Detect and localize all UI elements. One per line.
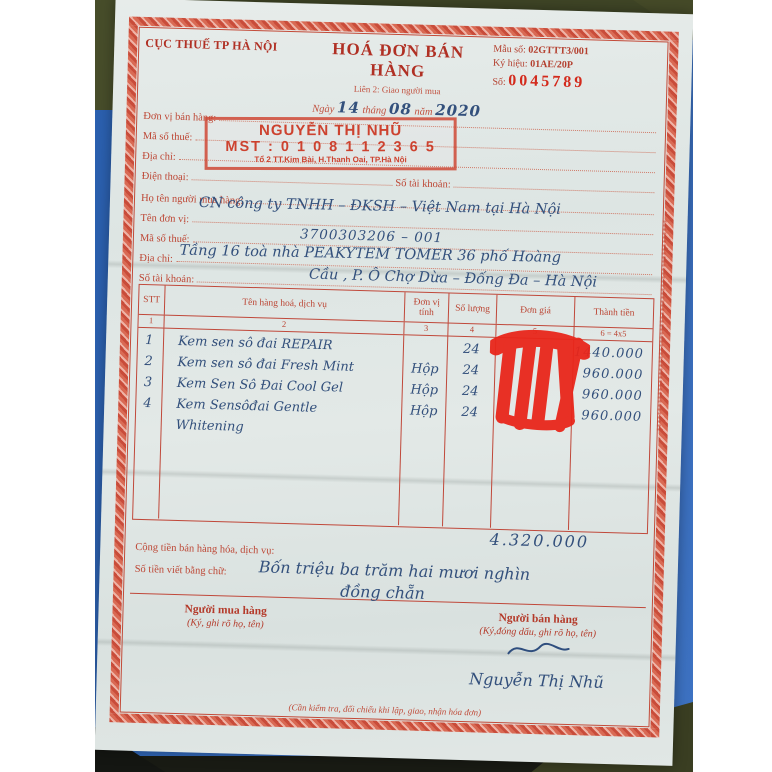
serial-number: 0045789 — [508, 72, 585, 91]
form-number-value: 02GTTT3/001 — [528, 45, 589, 58]
invoice-content: CỤC THUẾ TP HÀ NỘI HOÁ ĐƠN BÁN HÀNG Liên… — [127, 30, 662, 724]
col-number: 1 — [138, 315, 164, 328]
item-amount: 1440.000 — [574, 343, 663, 366]
symbol-line: Ký hiệu: 01AE/20P — [493, 58, 661, 74]
stamp-address: Tổ 2 TT.Kim Bài, H.Thanh Oai, TP.Hà Nội — [212, 155, 450, 164]
amount-in-words-label: Số tiền viết bằng chữ: — [135, 564, 227, 578]
symbol-label: Ký hiệu: — [493, 58, 528, 70]
seller-account-label: Số tài khoản: — [395, 178, 451, 191]
serial-line: Số: 0045789 — [492, 72, 660, 95]
item-qty: 24 — [447, 360, 495, 382]
buyer-address-label: Địa chỉ: — [139, 253, 173, 265]
buyer-signature-block: Người mua hàng (Ký, ghi rõ họ, tên) — [182, 603, 267, 705]
unit-price-column — [491, 338, 574, 530]
col-number: 6 = 4x5 — [574, 327, 652, 341]
item-qty: 24 — [446, 402, 494, 424]
totals-section: Cộng tiền bán hàng hóa, dịch vụ: Số tiền… — [130, 520, 648, 608]
handwritten-amount-in-words-line1: Bốn triệu ba trăm hai mươi nghìn — [259, 557, 531, 584]
item-name-column: Kem sen sô đai REPAIR Kem sen sô đai Fre… — [159, 329, 404, 526]
symbol-value: 01AE/20P — [530, 59, 573, 71]
seller-signature-block: Người bán hàng (Ký,đóng dấu, ghi rõ họ, … — [468, 611, 605, 715]
item-unit — [404, 338, 448, 360]
form-number-line: Mẫu số: 02GTTT3/001 — [493, 44, 661, 60]
items-table: STT Tên hàng hoá, dịch vụ Đơn vị tính Số… — [132, 284, 654, 534]
table-body: 1 2 3 4 Kem sen sô đai REPAIR Kem sen sô… — [133, 328, 652, 532]
ornate-red-border: CỤC THUẾ TP HÀ NỘI HOÁ ĐƠN BÁN HÀNG Liên… — [109, 16, 678, 737]
copy-note: Liên 2: Giao người mua — [302, 82, 492, 97]
dotted-line — [454, 176, 655, 194]
signature-section: Người mua hàng (Ký, ghi rõ họ, tên) Ngườ… — [127, 594, 646, 716]
item-unit: Hộp — [402, 401, 446, 423]
col-header-price: Đơn giá — [497, 295, 576, 326]
seller-tax-label: Mã số thuế: — [143, 131, 193, 143]
seller-red-stamp: NGUYỄN THỊ NHŨ MST : 0 1 0 8 1 1 2 3 6 5… — [205, 117, 457, 170]
item-amount: 960.000 — [572, 385, 661, 408]
row-stt: 4 — [136, 394, 162, 416]
form-number-label: Mẫu số: — [493, 44, 526, 56]
item-amount: 960.000 — [572, 406, 661, 429]
seller-signature-title: Người bán hàng — [471, 611, 606, 627]
amount-column: 1440.000 960.000 960.000 960.000 — [569, 340, 662, 532]
handwritten-seller-name: Nguyễn Thị Nhũ — [469, 669, 604, 692]
col-header-qty: Số lượng — [449, 294, 498, 324]
col-number: 3 — [404, 322, 448, 335]
unit-column: Hộp Hộp Hộp — [399, 335, 448, 526]
photo-background: CỤC THUẾ TP HÀ NỘI HOÁ ĐƠN BÁN HÀNG Liên… — [95, 0, 693, 772]
seller-phone-label: Điện thoại: — [141, 171, 188, 183]
buyer-unit-label: Tên đơn vị: — [140, 213, 189, 225]
seller-address-label: Địa chỉ: — [142, 151, 176, 163]
row-stt: 1 — [138, 331, 164, 353]
item-unit: Hộp — [402, 380, 446, 402]
row-stt: 3 — [137, 373, 163, 395]
item-qty: 24 — [448, 339, 496, 361]
invoice-paper: CỤC THUẾ TP HÀ NỘI HOÁ ĐƠN BÁN HÀNG Liên… — [95, 0, 693, 766]
buyer-signature-title: Người mua hàng — [184, 603, 267, 617]
item-amount: 960.000 — [573, 364, 662, 387]
dotted-line — [192, 168, 393, 186]
col-header-stt: STT — [139, 285, 166, 315]
signature-flourish — [502, 637, 573, 663]
total-amount-label: Cộng tiền bán hàng hóa, dịch vụ: — [135, 542, 274, 557]
col-header-amount: Thành tiền — [575, 297, 654, 328]
col-number: 5 — [496, 325, 574, 339]
handwritten-total-amount: 4.320.000 — [489, 530, 589, 552]
buyer-signature-subtitle: (Ký, ghi rõ họ, tên) — [184, 617, 267, 630]
quantity-column: 24 24 24 24 — [443, 336, 496, 527]
item-qty: 24 — [446, 381, 494, 403]
stamp-seller-name: NGUYỄN THỊ NHŨ — [212, 122, 450, 139]
col-number: 4 — [448, 324, 496, 337]
photo-of-invoice: CỤC THUẾ TP HÀ NỘI HOÁ ĐƠN BÁN HÀNG Liên… — [0, 0, 772, 772]
seller-section: Đơn vị bán hàng: Mã số thuế: Địa chỉ: Đi… — [141, 102, 659, 198]
invoice-title: HOÁ ĐƠN BÁN HÀNG — [302, 34, 493, 83]
serial-label: Số: — [492, 77, 506, 88]
col-header-unit: Đơn vị tính — [405, 292, 450, 322]
row-stt: 2 — [137, 352, 163, 374]
buyer-section: Họ tên người mua hàng: Tên đơn vị: Mã số… — [139, 184, 658, 298]
stamp-tax-code: MST : 0 1 0 8 1 1 2 3 6 5 — [212, 139, 450, 155]
item-unit: Hộp — [403, 359, 447, 381]
